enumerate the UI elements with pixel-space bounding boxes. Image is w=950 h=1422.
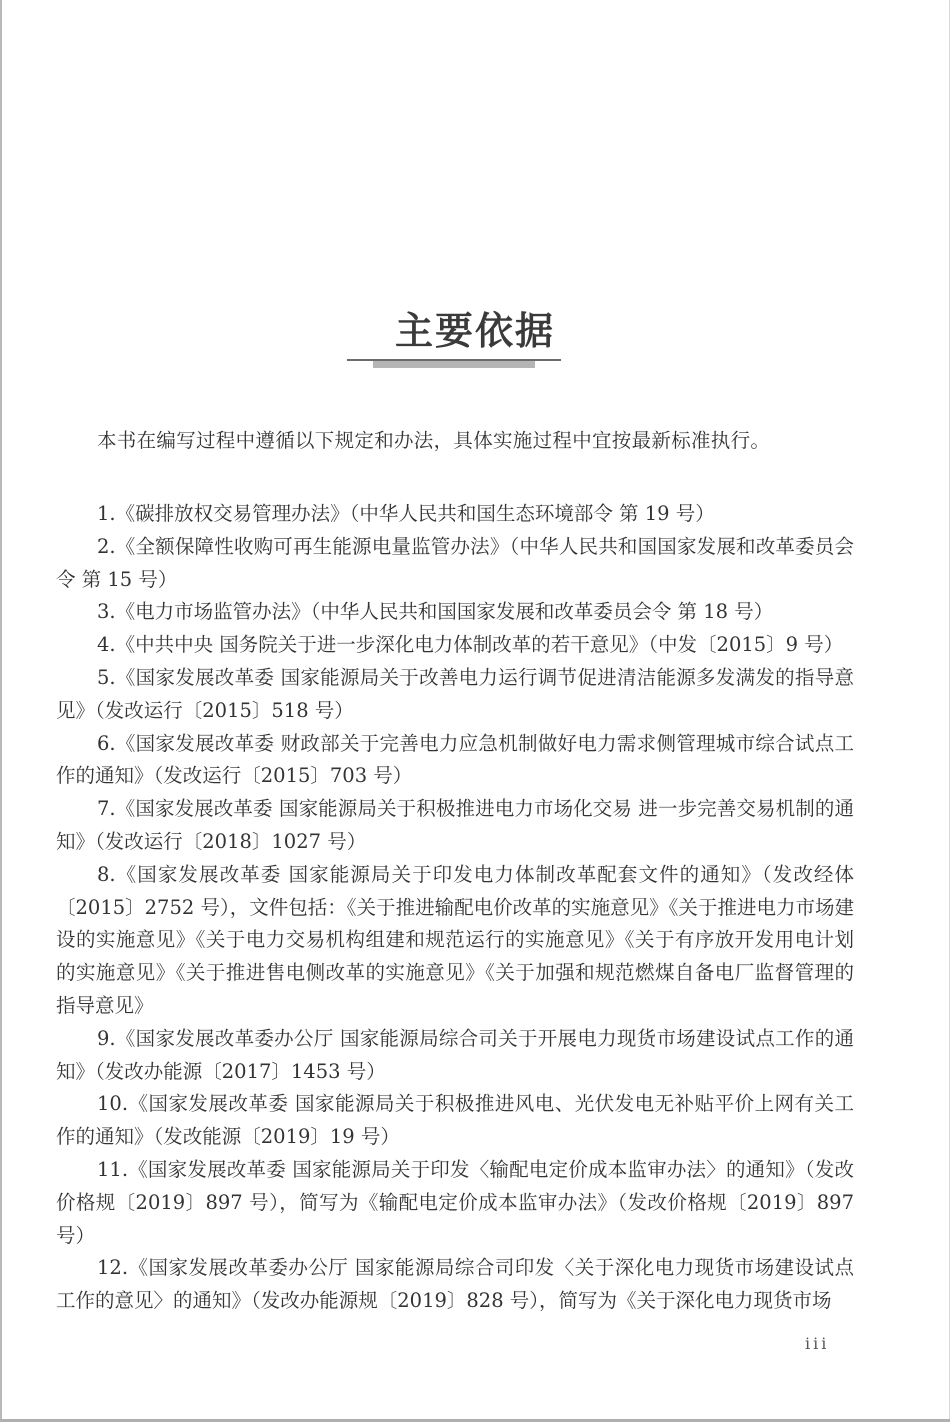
page-number: iii (805, 1334, 829, 1353)
reference-item-5: 5.《国家发展改革委 国家能源局关于改善电力运行调节促进清洁能源多发满发的指导意… (56, 662, 854, 728)
reference-item-2: 2.《全额保障性收购可再生能源电量监管办法》（中华人民共和国国家发展和改革委员会… (56, 531, 854, 597)
reference-item-12: 12.《国家发展改革委办公厅 国家能源局综合司印发〈关于深化电力现货市场建设试点… (56, 1252, 854, 1318)
reference-item-11: 11.《国家发展改革委 国家能源局关于印发〈输配电定价成本监审办法〉的通知》（发… (56, 1154, 854, 1252)
reference-item-3: 3.《电力市场监管办法》（中华人民共和国国家发展和改革委员会令 第 18 号） (56, 596, 854, 629)
reference-item-10: 10.《国家发展改革委 国家能源局关于积极推进风电、光伏发电无补贴平价上网有关工… (56, 1088, 854, 1154)
reference-list: 1.《碳排放权交易管理办法》（中华人民共和国生态环境部令 第 19 号） 2.《… (56, 498, 854, 1318)
reference-item-4: 4.《中共中央 国务院关于进一步深化电力体制改革的若干意见》（中发〔2015〕9… (56, 629, 854, 662)
reference-item-8: 8.《国家发展改革委 国家能源局关于印发电力体制改革配套文件的通知》（发改经体〔… (56, 859, 854, 1023)
reference-item-9: 9.《国家发展改革委办公厅 国家能源局综合司关于开展电力现货市场建设试点工作的通… (56, 1023, 854, 1089)
page-edge-left (0, 0, 2, 1422)
reference-item-1: 1.《碳排放权交易管理办法》（中华人民共和国生态环境部令 第 19 号） (56, 498, 854, 531)
reference-item-6: 6.《国家发展改革委 财政部关于完善电力应急机制做好电力需求侧管理城市综合试点工… (56, 728, 854, 794)
intro-paragraph: 本书在编写过程中遵循以下规定和办法，具体实施过程中宜按最新标准执行。 (97, 426, 857, 456)
page-title: 主要依据 (0, 306, 950, 356)
title-underline-band (373, 361, 535, 368)
reference-item-7: 7.《国家发展改革委 国家能源局关于积极推进电力市场化交易 进一步完善交易机制的… (56, 793, 854, 859)
